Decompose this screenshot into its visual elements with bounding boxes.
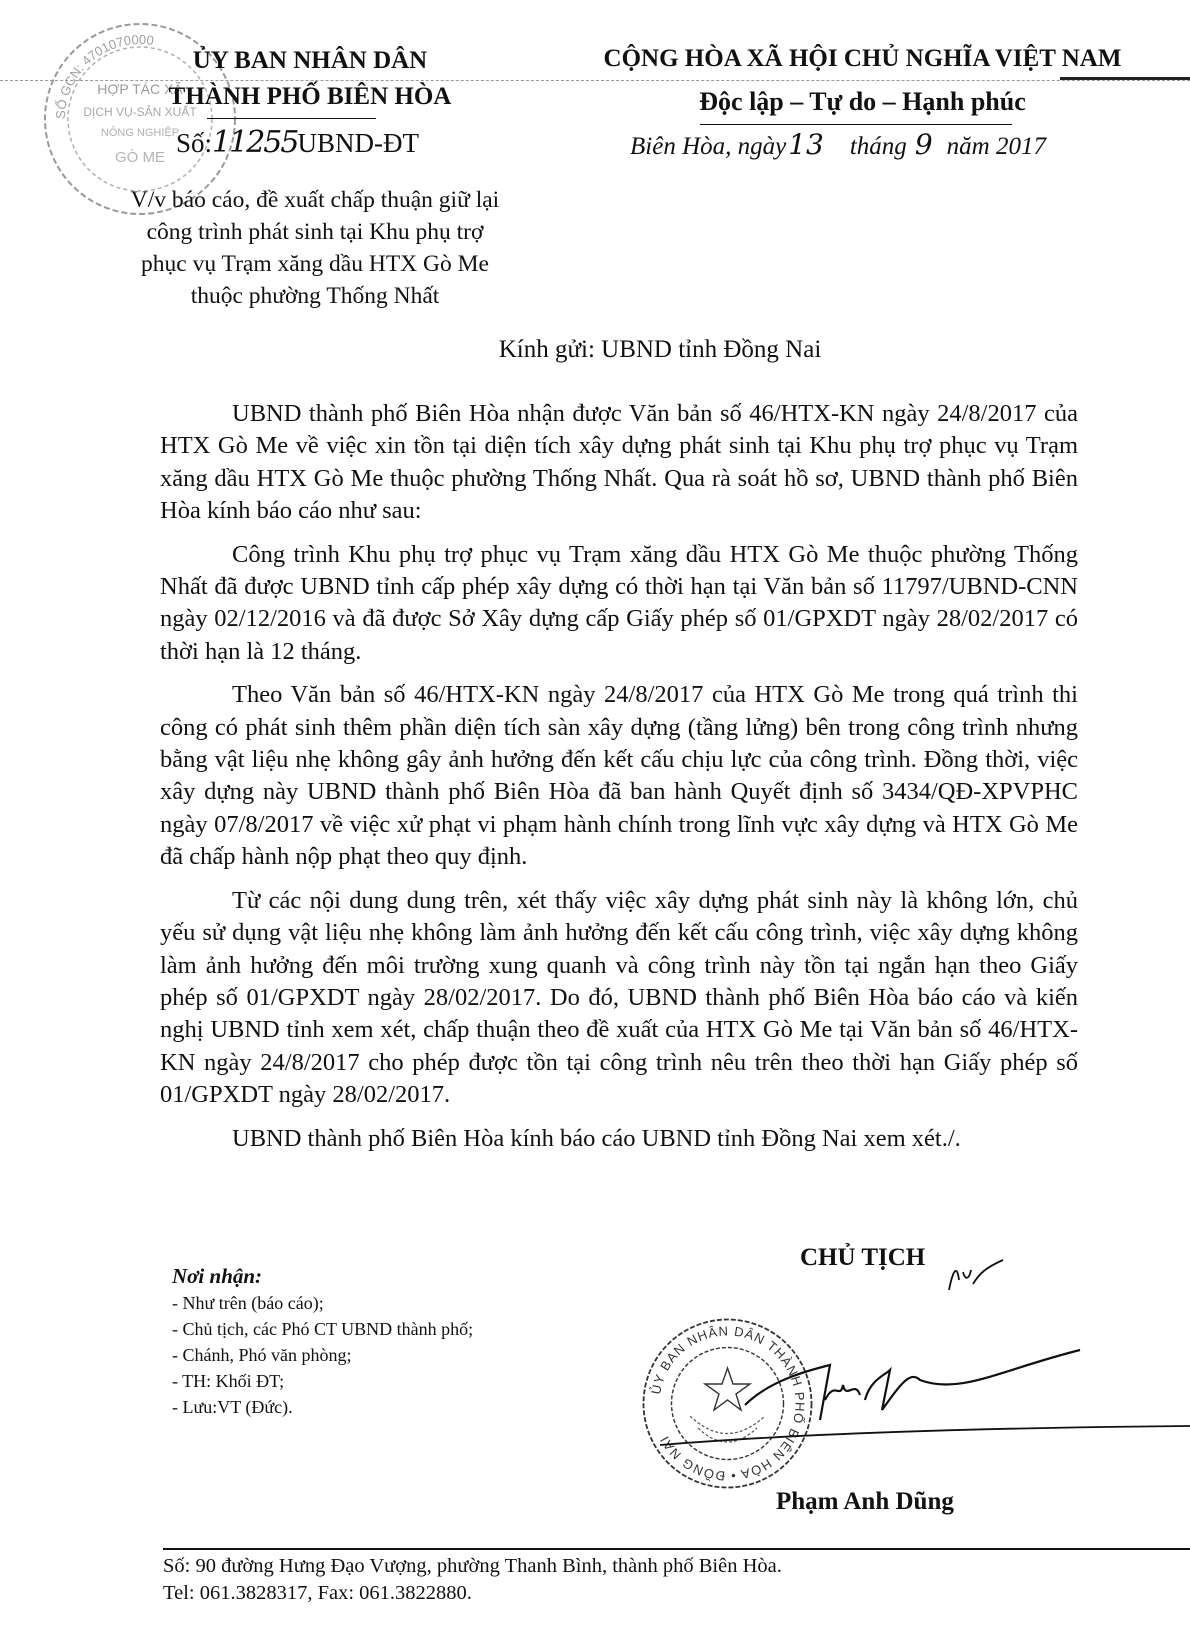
subject-line: công trình phát sinh tại Khu phụ trợ: [110, 216, 520, 248]
recipients-title: Nơi nhận:: [172, 1262, 473, 1290]
date-month-label: tháng: [850, 133, 907, 160]
body-paragraph: Theo Văn bản số 46/HTX-KN ngày 24/8/2017…: [160, 679, 1078, 873]
body-paragraph: UBND thành phố Biên Hòa nhận được Văn bả…: [160, 398, 1078, 528]
document-number-handwritten: 11255: [212, 125, 297, 160]
signature-stroke-icon: [660, 1340, 1190, 1470]
recipients: Nơi nhận: Như trên (báo cáo); Chủ tịch, …: [172, 1262, 473, 1420]
scan-artifact-bar: [1060, 77, 1190, 80]
footer: Số: 90 đường Hưng Đạo Vượng, phường Than…: [163, 1553, 782, 1607]
svg-text:GÒ ME: GÒ ME: [115, 149, 165, 166]
initials-icon: [945, 1250, 1005, 1298]
addressee: Kính gửi: UBND tỉnh Đồng Nai: [0, 334, 1190, 366]
date-day-handwritten: 13: [788, 128, 824, 161]
signatory-name: Phạm Anh Dũng: [776, 1486, 954, 1518]
recipient-item: TH: Khối ĐT;: [172, 1368, 473, 1394]
document-number: Số:11255UBND-ĐT: [176, 126, 419, 160]
recipient-item: Lưu:VT (Đức).: [172, 1394, 473, 1420]
national-title: CỘNG HÒA XÃ HỘI CHỦ NGHĨA VIỆT NAM: [585, 42, 1140, 75]
subject-line: phục vụ Trạm xăng dầu HTX Gò Me: [110, 248, 520, 280]
footer-contact: Tel: 061.3828317, Fax: 061.3822880.: [163, 1580, 782, 1607]
scan-artifact-line: [0, 80, 1190, 81]
recipient-item: Như trên (báo cáo);: [172, 1290, 473, 1316]
body-paragraph: Từ các nội dung dung trên, xét thấy việc…: [160, 885, 1078, 1112]
date-month-handwritten: 9: [915, 128, 933, 161]
document-number-suffix: UBND-ĐT: [297, 128, 419, 158]
footer-divider: [163, 1548, 1190, 1550]
recipient-item: Chủ tịch, các Phó CT UBND thành phố;: [172, 1316, 473, 1342]
subject-line: thuộc phường Thống Nhất: [110, 280, 520, 312]
document-date: Biên Hòa, ngày13tháng9năm 2017: [630, 128, 1046, 164]
footer-address: Số: 90 đường Hưng Đạo Vượng, phường Than…: [163, 1553, 782, 1580]
document-body: UBND thành phố Biên Hòa nhận được Văn bả…: [160, 398, 1078, 1155]
issuer-line-2: THÀNH PHỐ BIÊN HÒA: [120, 80, 500, 113]
subject-line: V/v báo cáo, đề xuất chấp thuận giữ lại: [110, 184, 520, 216]
national-motto: Độc lập – Tự do – Hạnh phúc: [585, 85, 1140, 118]
body-closing: UBND thành phố Biên Hòa kính báo cáo UBN…: [160, 1123, 1078, 1155]
date-year: năm 2017: [947, 133, 1046, 160]
signatory-title: CHỦ TỊCH: [800, 1242, 925, 1274]
recipient-item: Chánh, Phó văn phòng;: [172, 1342, 473, 1368]
issuer-underline: [207, 118, 376, 119]
body-paragraph: Công trình Khu phụ trợ phục vụ Trạm xăng…: [160, 539, 1078, 669]
document-subject: V/v báo cáo, đề xuất chấp thuận giữ lại …: [110, 184, 520, 312]
document-number-prefix: Số:: [176, 128, 212, 158]
svg-text:NÔNG NGHIỆP: NÔNG NGHIỆP: [101, 126, 179, 139]
date-place: Biên Hòa, ngày: [630, 133, 786, 160]
issuer-line-1: ỦY BAN NHÂN DÂN: [120, 44, 500, 77]
motto-underline: [700, 124, 1012, 125]
